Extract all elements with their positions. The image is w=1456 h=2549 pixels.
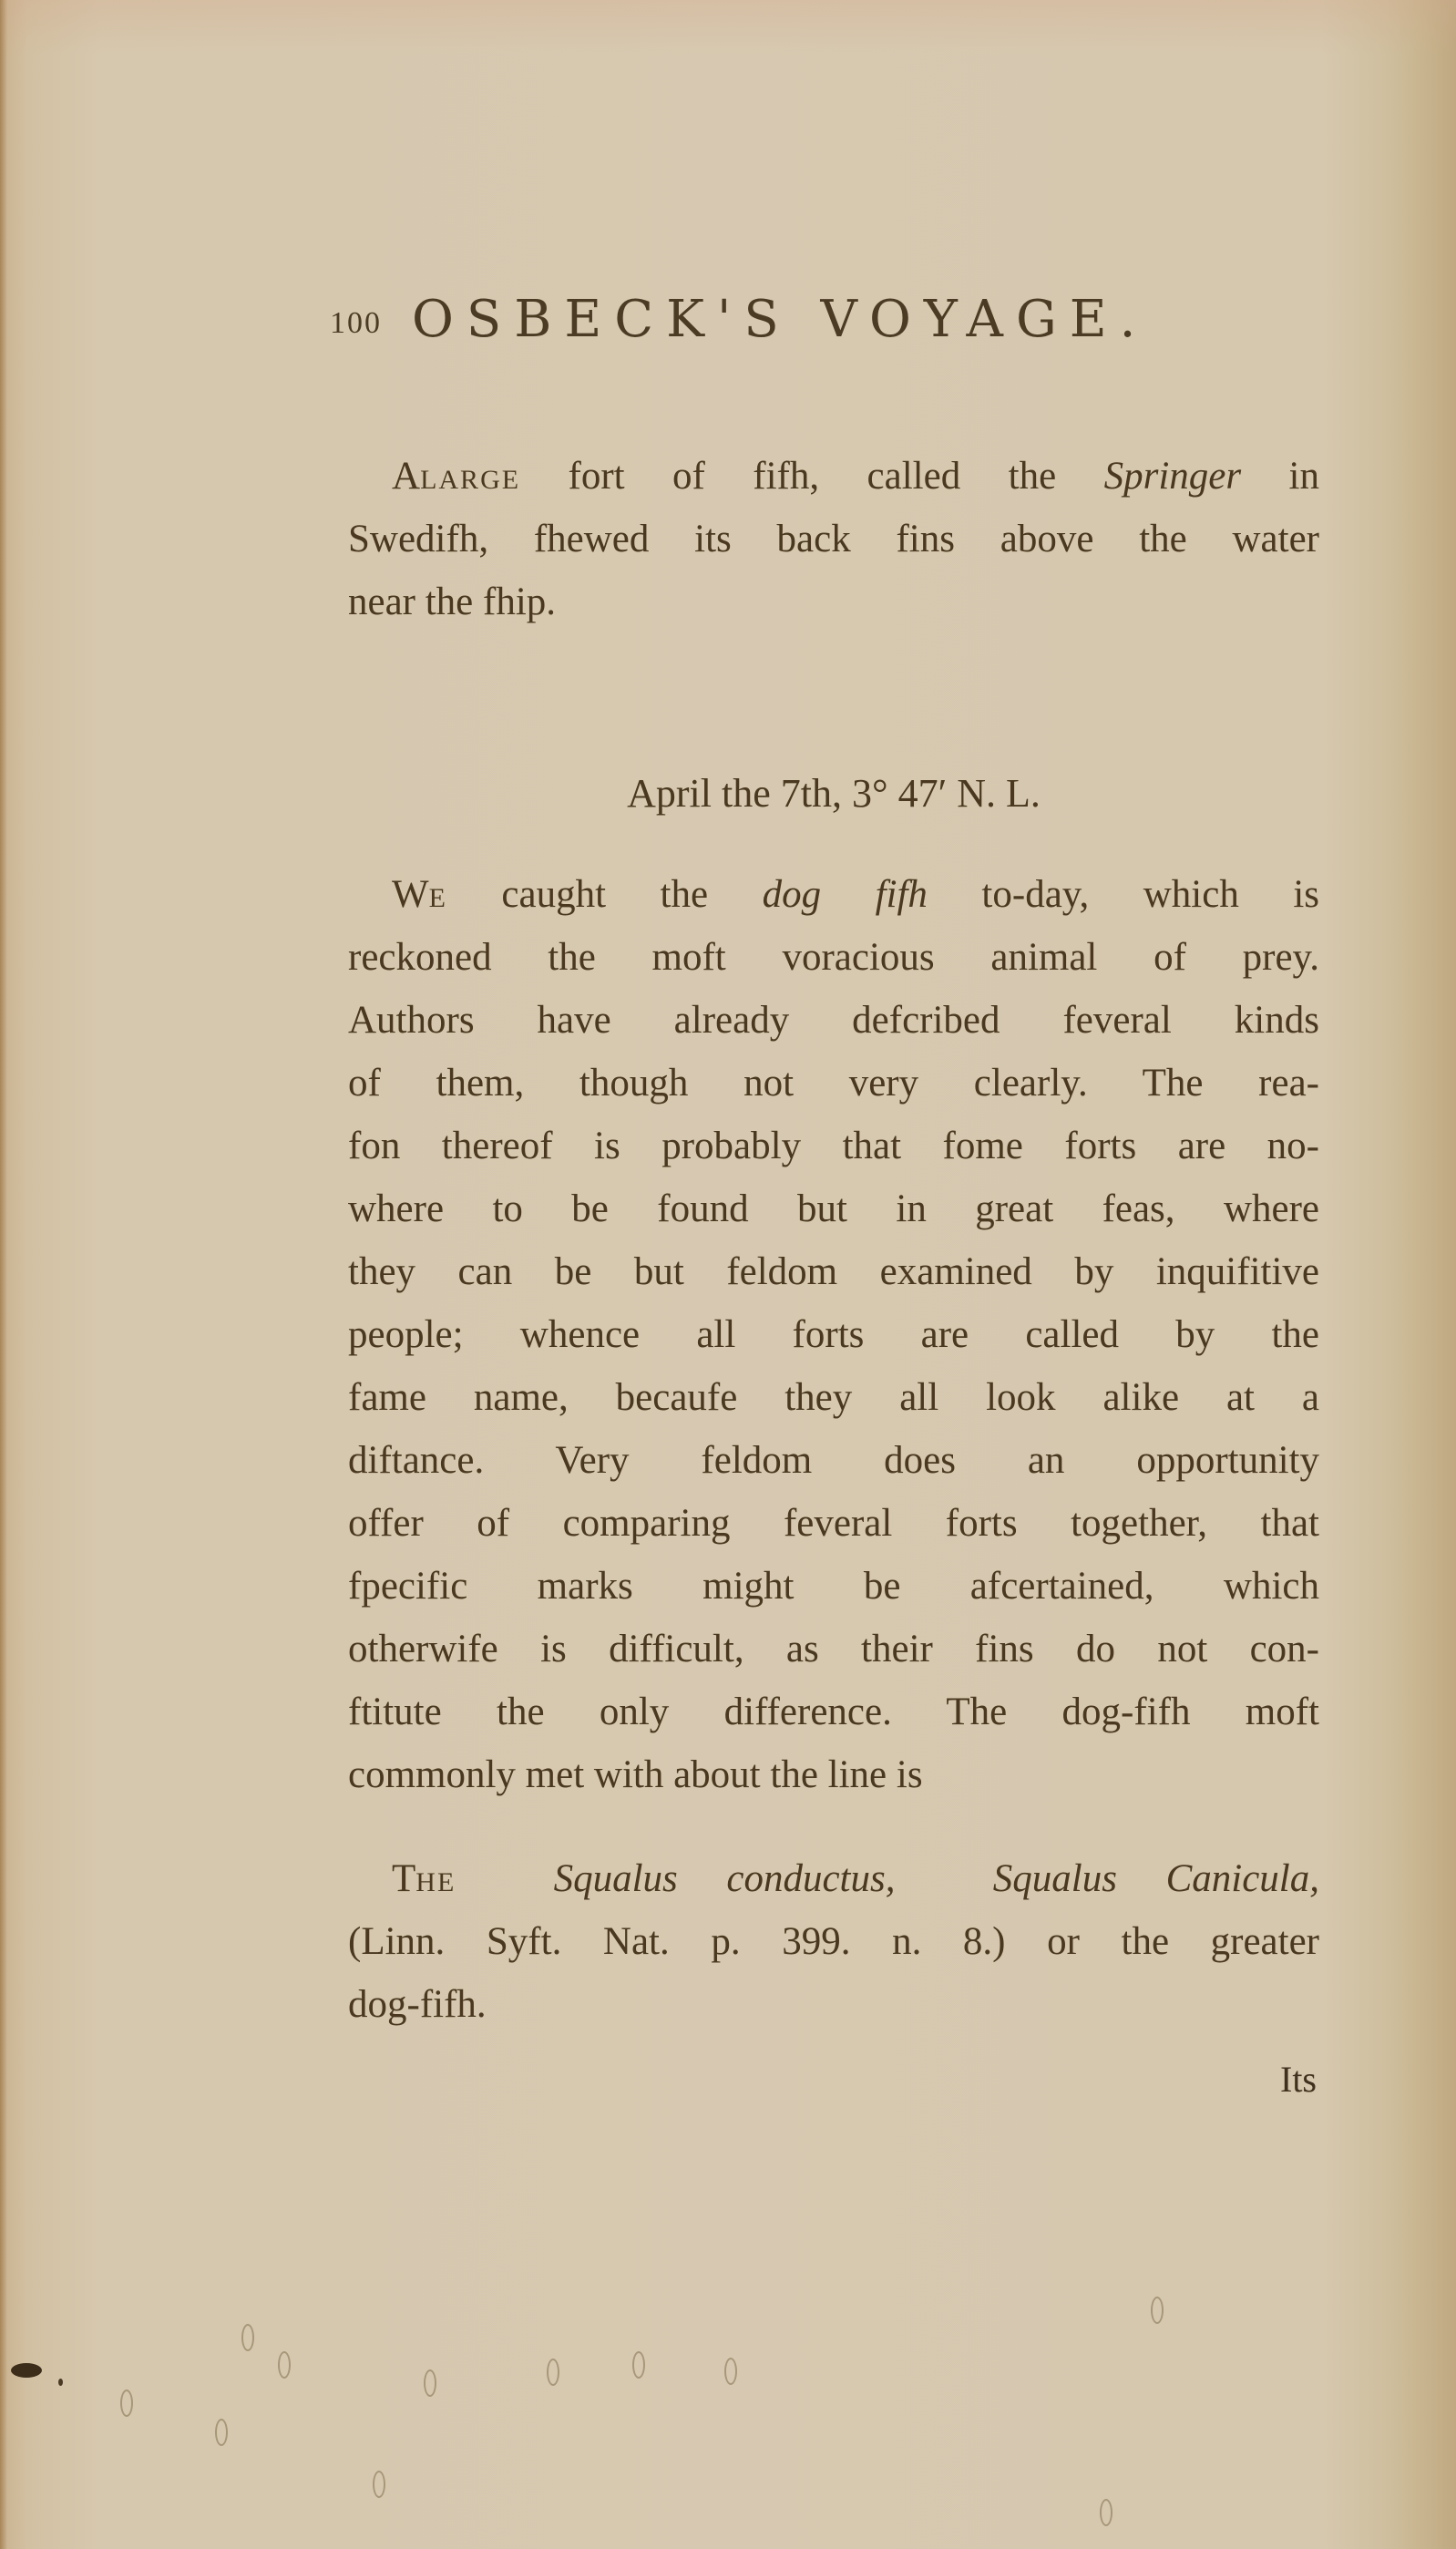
paper-blemish-decoration [373,2471,385,2498]
drop-cap: W [392,873,429,916]
paper-blemish-decoration [215,2419,228,2446]
text-line: they can be but feldom examined by inqui… [348,1240,1319,1303]
drop-cap: T [392,1857,415,1900]
ink-speck-decoration [58,2379,63,2386]
small-caps-lead: large [420,455,520,498]
paper-blemish-decoration [1151,2297,1164,2324]
running-title: OSBECK'S VOYAGE. [412,290,1148,349]
paragraph-squalus: The Squalus conductus, Squalus Canicula,… [348,1847,1319,2036]
text-line: ftitute the only difference. The dog-fif… [348,1680,1319,1743]
text-line: people; whence all forts are called by t… [348,1303,1319,1366]
text-line: commonly met with about the line is [348,1743,1319,1806]
text-line: otherwife is difficult, as their fins do… [348,1618,1319,1680]
paper-blemish-decoration [632,2351,645,2379]
text-line: fame name, becaufe they all look alike a… [348,1366,1319,1429]
italic-term: Squalus conductus, [554,1857,896,1900]
text-line: near the fhip. [348,570,1319,633]
text-line: The Squalus conductus, Squalus Canicula, [348,1847,1319,1910]
running-head: 100 OSBECK'S VOYAGE. [330,290,1205,354]
paragraph-springer: Alarge fort of fifh, called the Springer… [348,445,1319,633]
italic-term: dog fifh [763,873,928,916]
paper-blemish-decoration [241,2324,254,2351]
date-heading: April the 7th, 3° 47′ N. L. [348,762,1319,825]
text-line: fpecific marks might be afcertained, whi… [348,1555,1319,1618]
text-line: Swedifh, fhewed its back fins above the … [348,508,1319,570]
paper-blemish-decoration [1100,2499,1113,2526]
text-line: diftance. Very feldom does an opportunit… [348,1429,1319,1492]
italic-term: Squalus Canicula, [993,1857,1319,1900]
text-line: Alarge fort of fifh, called the Springer… [348,445,1319,508]
book-page: 100 OSBECK'S VOYAGE. Alarge fort of fifh… [0,0,1456,2549]
paper-blemish-decoration [547,2359,559,2386]
paper-blemish-decoration [278,2351,291,2379]
page-number: 100 [330,306,382,341]
ink-blot-decoration [11,2363,42,2378]
paper-blemish-decoration [120,2390,133,2417]
text-line: Authors have already defcribed feveral k… [348,989,1319,1052]
drop-cap: A [392,455,420,498]
text-line: (Linn. Syft. Nat. p. 399. n. 8.) or the … [348,1910,1319,1973]
paper-blemish-decoration [724,2358,737,2385]
text-line: fon thereof is probably that fome forts … [348,1115,1319,1177]
text-line: dog-fifh. [348,1973,1319,2036]
text-line: offer of comparing feveral forts togethe… [348,1492,1319,1555]
text-line: of them, though not very clearly. The re… [348,1052,1319,1115]
italic-term: Springer [1104,455,1242,498]
text-line: where to be found but in great feas, whe… [348,1177,1319,1240]
catchword: Its [1280,2058,1317,2101]
small-caps-lead: he [415,1857,456,1900]
text-line: We caught the dog fifh to-day, which is [348,863,1319,926]
paper-blemish-decoration [424,2369,436,2397]
paragraph-dog-fish: We caught the dog fifh to-day, which is … [348,863,1319,1806]
text-line: reckoned the moft voracious animal of pr… [348,926,1319,989]
small-caps-lead: e [429,873,447,916]
